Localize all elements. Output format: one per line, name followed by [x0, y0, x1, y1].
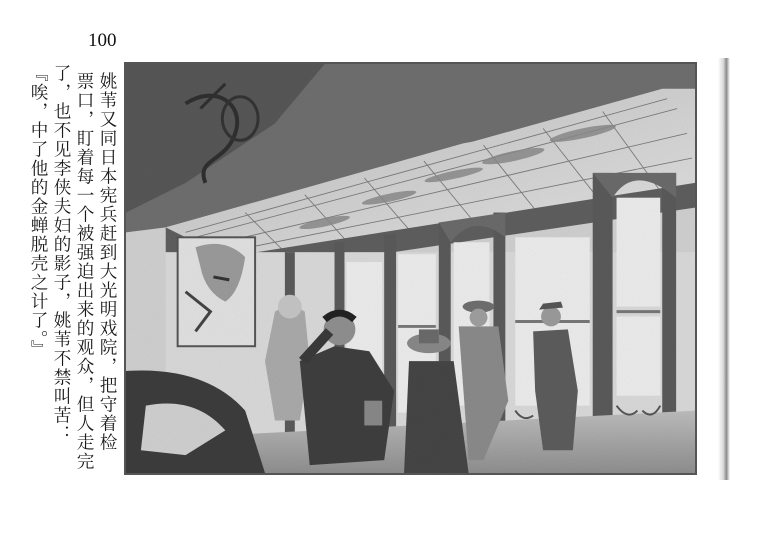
cinema-entrance-illustration: [124, 62, 697, 475]
illustration-drawing: [126, 64, 695, 473]
page-edge-shadow: [718, 58, 730, 480]
caption-column-4: 『唉，中了他的金蝉脱壳之计了。』: [26, 64, 49, 471]
page-number: 100: [88, 30, 117, 52]
caption-column-1: 姚苇又同日本宪兵赶到大光明戏院，把守着检: [95, 72, 118, 471]
caption-column-3: 了，也不见李侠夫妇的影子，姚苇不禁叫苦：: [49, 64, 72, 471]
caption-column-2: 票口，盯着每一个被强迫出来的观众，但人走完: [72, 72, 95, 471]
vertical-caption: 姚苇又同日本宪兵赶到大光明戏院，把守着检 票口，盯着每一个被强迫出来的观众，但人…: [26, 60, 118, 471]
